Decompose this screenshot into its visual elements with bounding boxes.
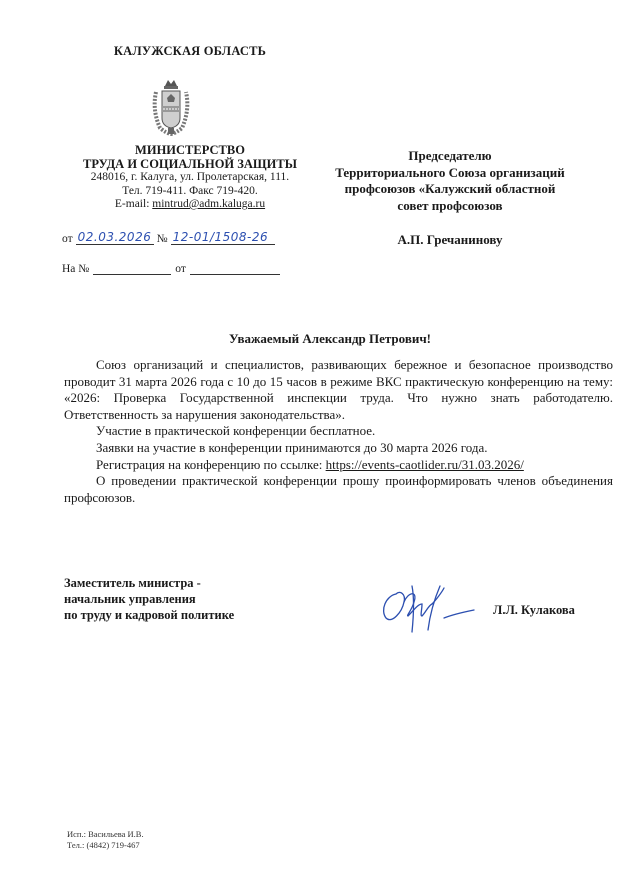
addressee-line2: Территориального Союза организаций (300, 165, 600, 182)
registration-date: 02.03.2026 (76, 230, 154, 245)
ministry-phone-fax: Тел. 719-411. Факс 719-420. (60, 185, 320, 199)
executor-info: Исп.: Васильева И.В. Тел.: (4842) 719-46… (67, 829, 144, 851)
ministry-name-line2: ТРУДА И СОЦИАЛЬНОЙ ЗАЩИТЫ (60, 157, 320, 171)
paragraph-free: Участие в практической конференции беспл… (64, 423, 613, 440)
paragraph-registration: Регистрация на конференцию по ссылке: ht… (64, 457, 613, 474)
registration-number: 12-01/1508-26 (171, 230, 275, 245)
ref-from-label: от (175, 263, 186, 275)
addressee-block: Председателю Территориального Союза орга… (300, 148, 600, 214)
executor-name: Исп.: Васильева И.В. (67, 829, 144, 840)
number-label: № (157, 233, 168, 245)
signatory-title-line2: начальник управления (64, 591, 234, 607)
paragraph-main: Союз организаций и специалистов, развива… (64, 357, 613, 423)
addressee-line4: совет профсоюзов (300, 198, 600, 215)
ministry-block: МИНИСТЕРСТВО ТРУДА И СОЦИАЛЬНОЙ ЗАЩИТЫ 2… (60, 143, 320, 212)
coat-of-arms-icon (150, 78, 192, 136)
addressee-name: А.П. Гречанинову (300, 232, 600, 248)
ref-number-blank (93, 264, 171, 275)
greeting: Уважаемый Александр Петрович! (40, 331, 620, 347)
ministry-address: 248016, г. Калуга, ул. Пролетарская, 111… (60, 171, 320, 185)
handwritten-signature-icon (378, 582, 493, 634)
paragraph-deadline: Заявки на участие в конференции принимаю… (64, 440, 613, 457)
ministry-name-line1: МИНИСТЕРСТВО (60, 143, 320, 157)
registration-text: Регистрация на конференцию по ссылке: (96, 457, 326, 472)
email-label: E-mail: (115, 198, 152, 210)
addressee-line1: Председателю (300, 148, 600, 165)
signatory-title: Заместитель министра - начальник управле… (64, 575, 234, 623)
signatory-title-line1: Заместитель министра - (64, 575, 234, 591)
paragraph-request: О проведении практической конференции пр… (64, 473, 613, 506)
ref-date-blank (190, 264, 280, 275)
addressee-line3: профсоюзов «Калужский областной (300, 181, 600, 198)
ref-number-label: На № (62, 263, 89, 275)
region-title: КАЛУЖСКАЯ ОБЛАСТЬ (60, 44, 320, 59)
registration-link[interactable]: https://events-caotlider.ru/31.03.2026/ (326, 457, 524, 472)
executor-phone: Тел.: (4842) 719-467 (67, 840, 144, 851)
ministry-email-row: E-mail: mintrud@adm.kaluga.ru (60, 198, 320, 212)
email-link[interactable]: mintrud@adm.kaluga.ru (152, 198, 265, 210)
signatory-name: Л.Л. Кулакова (493, 603, 575, 618)
signatory-title-line3: по труду и кадровой политике (64, 607, 234, 623)
reference-line: На № от (62, 263, 280, 275)
registration-line: от 02.03.2026 № 12-01/1508-26 (62, 230, 275, 245)
letter-body: Союз организаций и специалистов, развива… (64, 357, 613, 506)
date-label: от (62, 233, 73, 245)
